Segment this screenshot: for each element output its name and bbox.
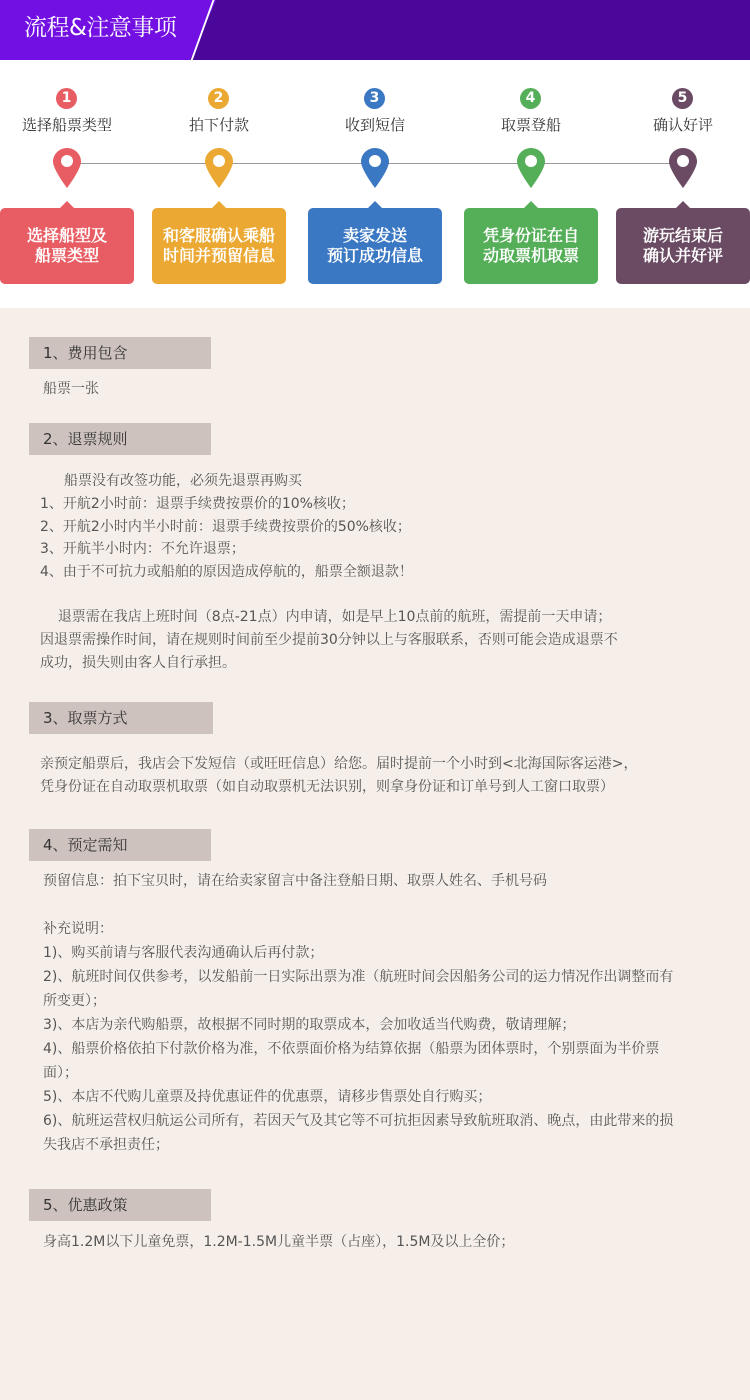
- step-label: 拍下付款: [144, 115, 294, 135]
- refund-rule: 2、开航2小时内半小时前：退票手续费按票价的50%核收；: [40, 516, 411, 539]
- step-number: 2: [208, 88, 229, 109]
- process-flow: 1 选择船票类型 选择船型及 船票类型 2 拍下付款 和客服确认乘船 时间并预留…: [0, 60, 750, 308]
- pickup-line: 亲预定船票后，我店会下发短信（或旺旺信息）给您。届时提前一个小时到<北海国际客运…: [40, 753, 637, 776]
- step-label: 收到短信: [300, 115, 450, 135]
- page-title: 流程&注意事项: [24, 13, 176, 43]
- refund-intro: 船票没有改签功能，必须先退票再购买: [64, 470, 302, 493]
- step-box-1: 选择船型及 船票类型: [0, 208, 134, 284]
- supplement-line: 失我店不承担责任；: [43, 1134, 169, 1157]
- refund-note: 成功，损失则由客人自行承担。: [40, 652, 236, 675]
- map-pin-icon: [205, 148, 233, 188]
- refund-rule: 4、由于不可抗力或船舶的原因造成停航的，船票全额退款！: [40, 561, 413, 584]
- section-header: 流程&注意事项: [0, 0, 750, 60]
- step-number: 5: [672, 88, 693, 109]
- pickup-line: 凭身份证在自动取票机取票（如自动取票机无法识别，则拿身份证和订单号到人工窗口取票…: [40, 776, 614, 799]
- refund-note: 退票需在我店上班时间（8点-21点）内申请，如是早上10点前的航班，需提前一天申…: [40, 606, 611, 629]
- refund-rule: 1、开航2小时前：退票手续费按票价的10%核收；: [40, 493, 355, 516]
- supplement-line: 2)、航班时间仅供参考，以发船前一日实际出票为准（航班时间会因船务公司的运力情况…: [43, 966, 673, 989]
- map-pin-icon: [669, 148, 697, 188]
- step-box-5: 游玩结束后 确认并好评: [616, 208, 750, 284]
- supplement-title: 补充说明：: [43, 918, 113, 941]
- section-title-booking-notes: 4、预定需知: [29, 829, 211, 861]
- supplement-line: 5)、本店不代购儿童票及持优惠证件的优惠票，请移步售票处自行购买；: [43, 1086, 491, 1109]
- supplement-line: 3)、本店为亲代购船票，故根据不同时期的取票成本，会加收适当代购费，敬请理解；: [43, 1014, 575, 1037]
- supplement-line: 面）；: [43, 1062, 78, 1085]
- step-box-4: 凭身份证在自 动取票机取票: [464, 208, 598, 284]
- fees-body: 船票一张: [43, 378, 99, 401]
- map-pin-icon: [53, 148, 81, 188]
- refund-rule: 3、开航半小时内：不允许退票；: [40, 538, 245, 561]
- reserve-info: 预留信息：拍下宝贝时，请在给卖家留言中备注登船日期、取票人姓名、手机号码: [43, 870, 547, 893]
- section-title-discount: 5、优惠政策: [29, 1189, 211, 1221]
- supplement-line: 1)、购买前请与客服代表沟通确认后再付款；: [43, 942, 323, 965]
- map-pin-icon: [517, 148, 545, 188]
- refund-note: 因退票需操作时间，请在规则时间前至少提前30分钟以上与客服联系，否则可能会造成退…: [40, 629, 618, 652]
- section-title-fees: 1、费用包含: [29, 337, 211, 369]
- supplement-line: 6)、航班运营权归航运公司所有，若因天气及其它等不可抗拒因素导致航班取消、晚点，…: [43, 1110, 673, 1133]
- step-number: 3: [364, 88, 385, 109]
- supplement-line: 所变更）；: [43, 990, 106, 1013]
- step-number: 4: [520, 88, 541, 109]
- supplement-line: 4)、船票价格依拍下付款价格为准，不依票面价格为结算依据（船票为团体票时，个别票…: [43, 1038, 659, 1061]
- step-box-2: 和客服确认乘船 时间并预留信息: [152, 208, 286, 284]
- step-label: 确认好评: [608, 115, 750, 135]
- discount-body: 身高1.2M以下儿童免票，1.2M-1.5M儿童半票（占座），1.5M及以上全价…: [43, 1231, 514, 1254]
- section-title-refund: 2、退票规则: [29, 423, 211, 455]
- step-box-3: 卖家发送 预订成功信息: [308, 208, 442, 284]
- section-title-pickup: 3、取票方式: [29, 702, 213, 734]
- step-number: 1: [56, 88, 77, 109]
- step-label: 取票登船: [456, 115, 606, 135]
- map-pin-icon: [361, 148, 389, 188]
- step-label: 选择船票类型: [0, 115, 142, 135]
